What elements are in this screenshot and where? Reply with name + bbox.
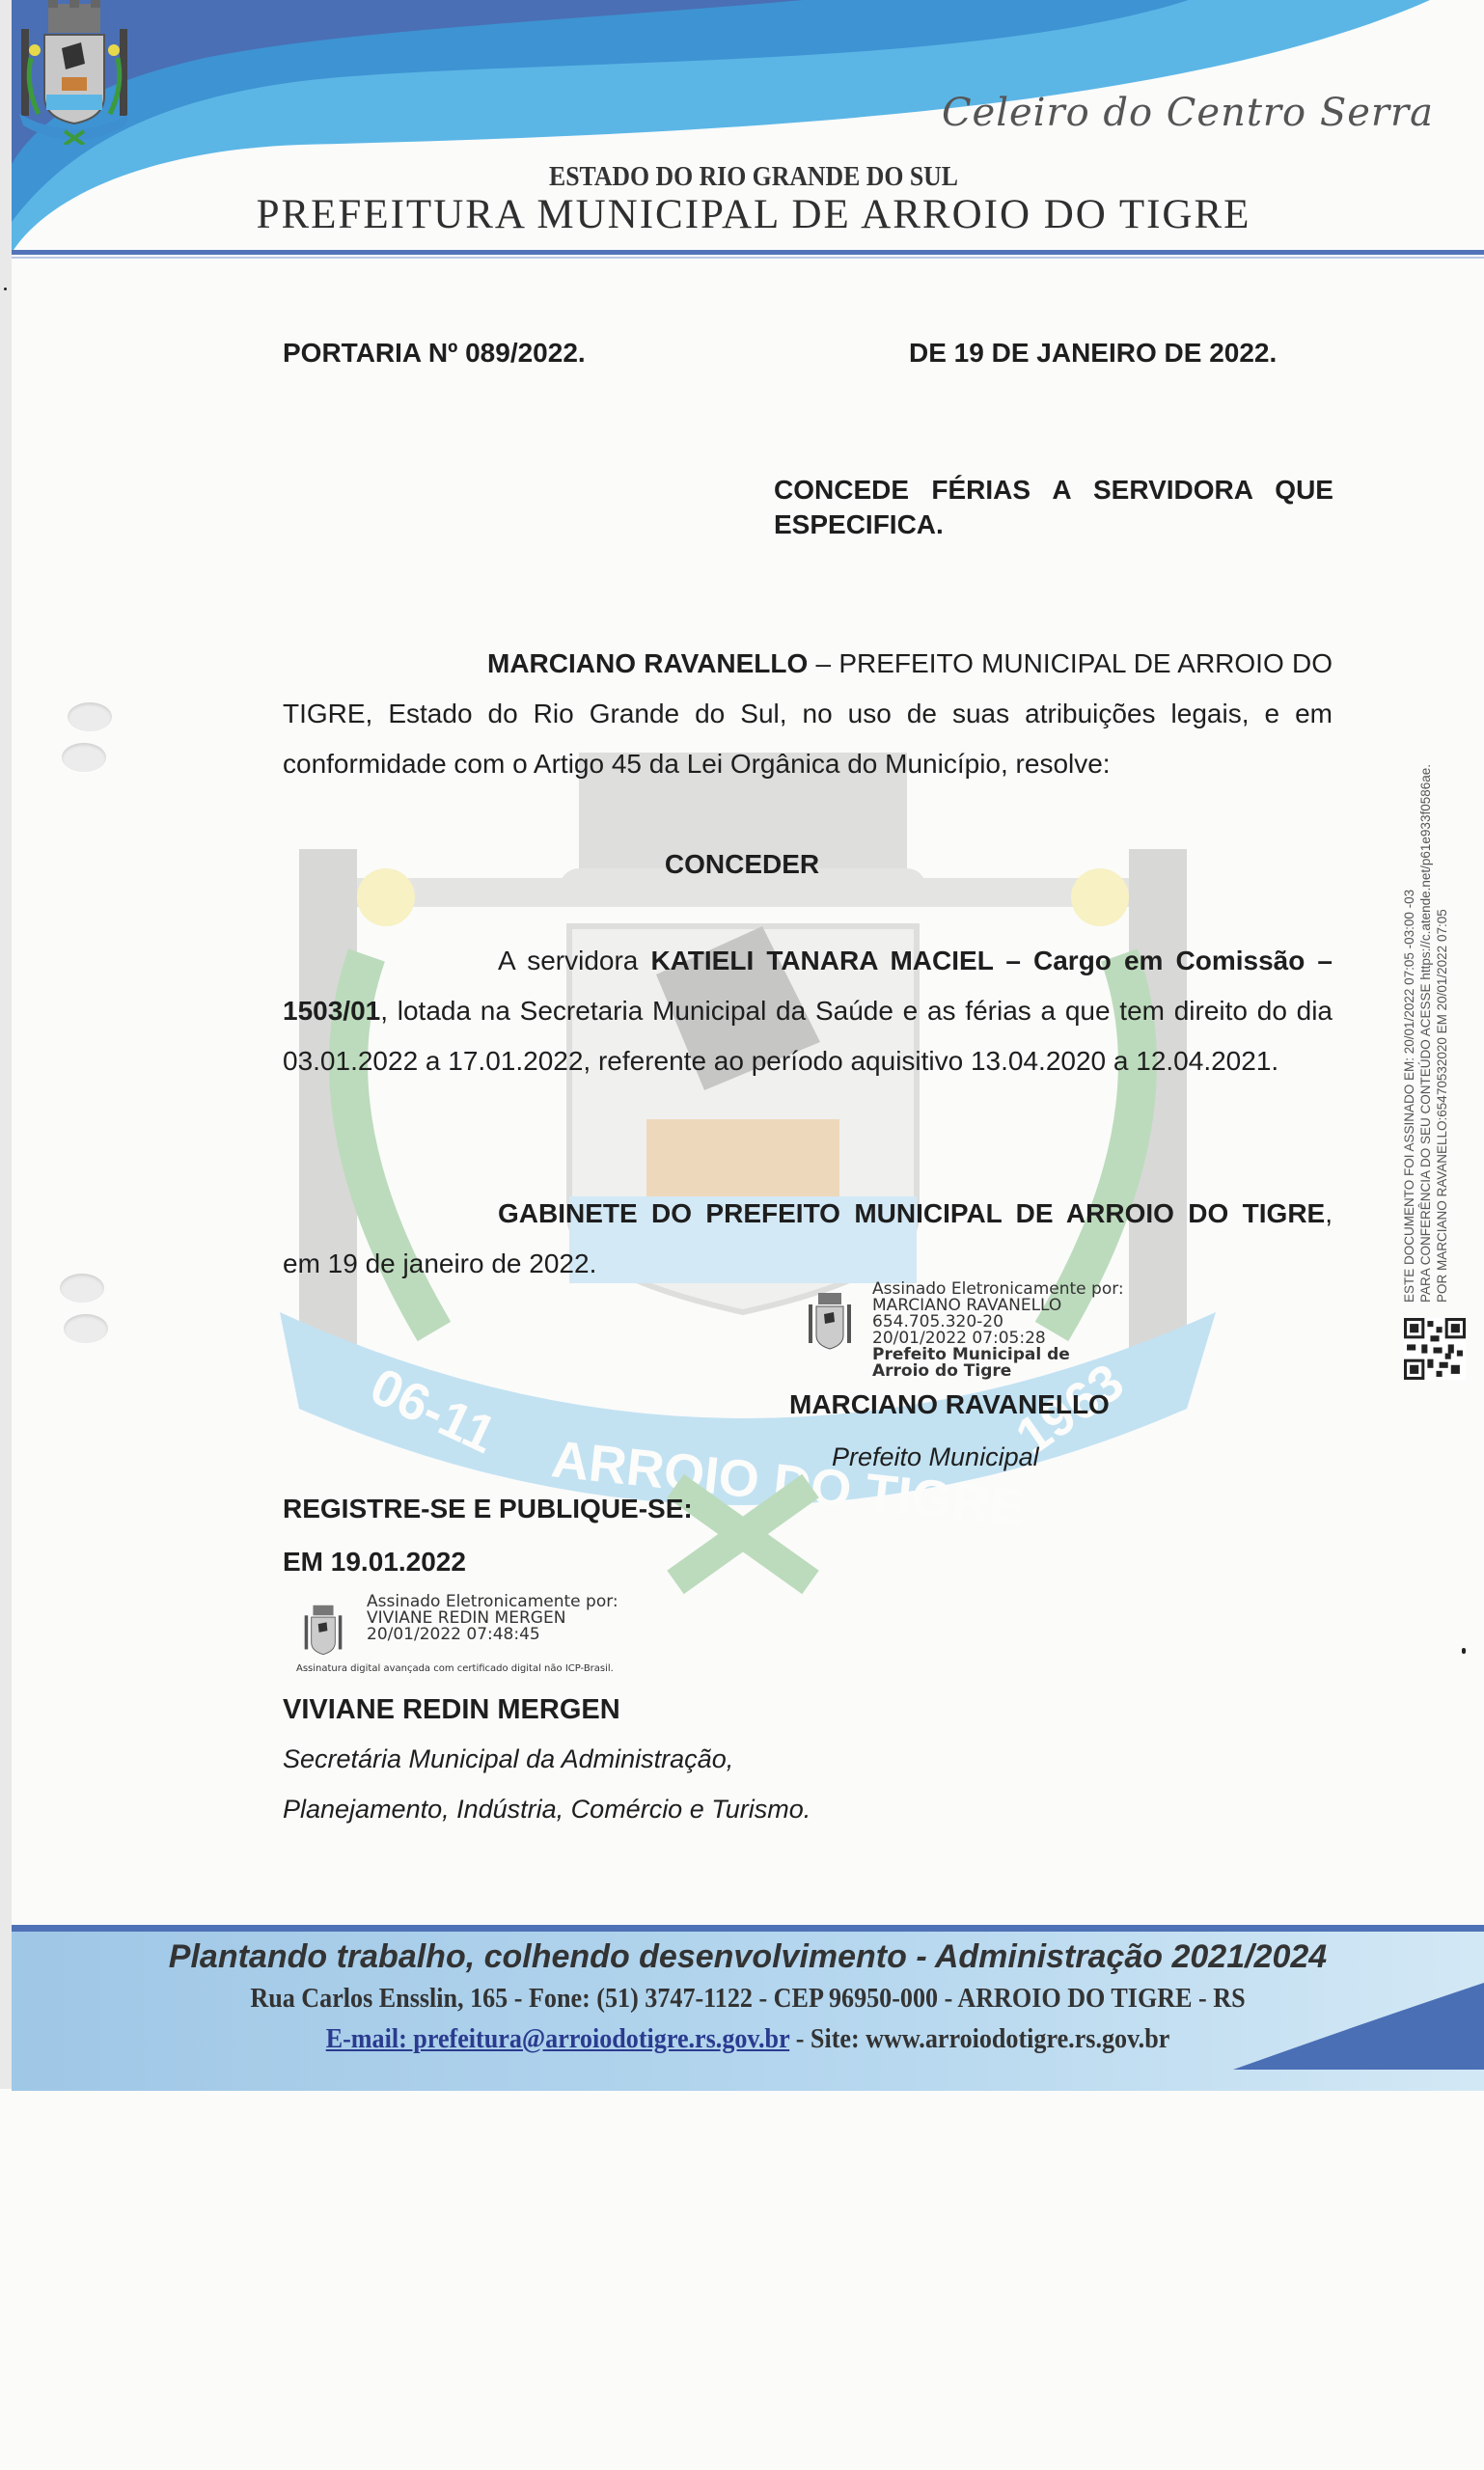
signature-note: Assinatura digital avançada com certific…	[296, 1662, 721, 1676]
secretary-role-line1: Secretária Municipal da Administração,	[283, 1744, 733, 1774]
punch-hole	[60, 1274, 104, 1303]
letterhead: Celeiro do Centro Serra ESTADO DO RIO GR…	[12, 0, 1484, 261]
motto: Celeiro do Centro Serra	[942, 91, 1434, 135]
preamble-paragraph: MARCIANO RAVANELLO – PREFEITO MUNICIPAL …	[283, 639, 1333, 789]
closing-paragraph: GABINETE DO PREFEITO MUNICIPAL DE ARROIO…	[283, 1189, 1333, 1289]
punch-hole	[62, 743, 106, 772]
prefecture-name: PREFEITURA MUNICIPAL DE ARROIO DO TIGRE	[12, 191, 1484, 238]
mayor-printed-name: MARCIANO RAVANELLO	[789, 1389, 1110, 1420]
portaria-date: DE 19 DE JANEIRO DE 2022.	[909, 328, 1277, 378]
verification-stamp: ESTE DOCUMENTO FOI ASSINADO EM: 20/01/20…	[1401, 704, 1450, 1303]
header-rule	[12, 250, 1484, 255]
seal-icon	[301, 1604, 345, 1660]
footer-address: Rua Carlos Ensslin, 165 - Fone: (51) 374…	[85, 1983, 1410, 2015]
footer-contact: E-mail: prefeitura@arroiodotigre.rs.gov.…	[85, 2023, 1410, 2055]
portaria-number: PORTARIA Nº 089/2022.	[283, 328, 586, 378]
state-name: ESTADO DO RIO GRANDE DO SUL	[71, 162, 1437, 193]
seal-icon	[805, 1291, 855, 1355]
article-paragraph: A servidora KATIELI TANARA MACIEL – Carg…	[283, 936, 1333, 1086]
secretary-printed-name: VIVIANE REDIN MERGEN	[283, 1694, 620, 1726]
scan-page-edge	[0, 0, 12, 2089]
scan-speck	[4, 288, 7, 290]
punch-hole	[64, 1314, 108, 1343]
header-rule-thin	[12, 257, 1484, 259]
mayor-role: Prefeito Municipal	[832, 1442, 1039, 1472]
footer-slogan: Plantando trabalho, colhendo desenvolvim…	[12, 1938, 1484, 1976]
registration-line: REGISTRE-SE E PUBLIQUE-SE:	[283, 1494, 693, 1524]
registration-date: EM 19.01.2022	[283, 1547, 466, 1578]
ementa: CONCEDE FÉRIAS A SERVIDORA QUE ESPECIFIC…	[774, 473, 1333, 542]
secretary-role-line2: Planejamento, Indústria, Comércio e Turi…	[283, 1795, 811, 1825]
email-link[interactable]: E-mail: prefeitura@arroiodotigre.rs.gov.…	[326, 2023, 789, 2054]
scan-speck	[1462, 1648, 1466, 1654]
coat-of-arms-icon	[12, 0, 137, 145]
letterhead-footer: Plantando trabalho, colhendo desenvolvim…	[12, 1925, 1484, 2091]
action-heading: CONCEDER	[0, 839, 1484, 890]
site-text: - Site: www.arroiodotigre.rs.gov.br	[789, 2023, 1169, 2054]
footer-rule	[12, 1925, 1484, 1932]
qr-code-icon[interactable]	[1404, 1318, 1466, 1380]
punch-hole	[68, 702, 112, 731]
mayor-name: MARCIANO RAVANELLO	[487, 648, 808, 678]
